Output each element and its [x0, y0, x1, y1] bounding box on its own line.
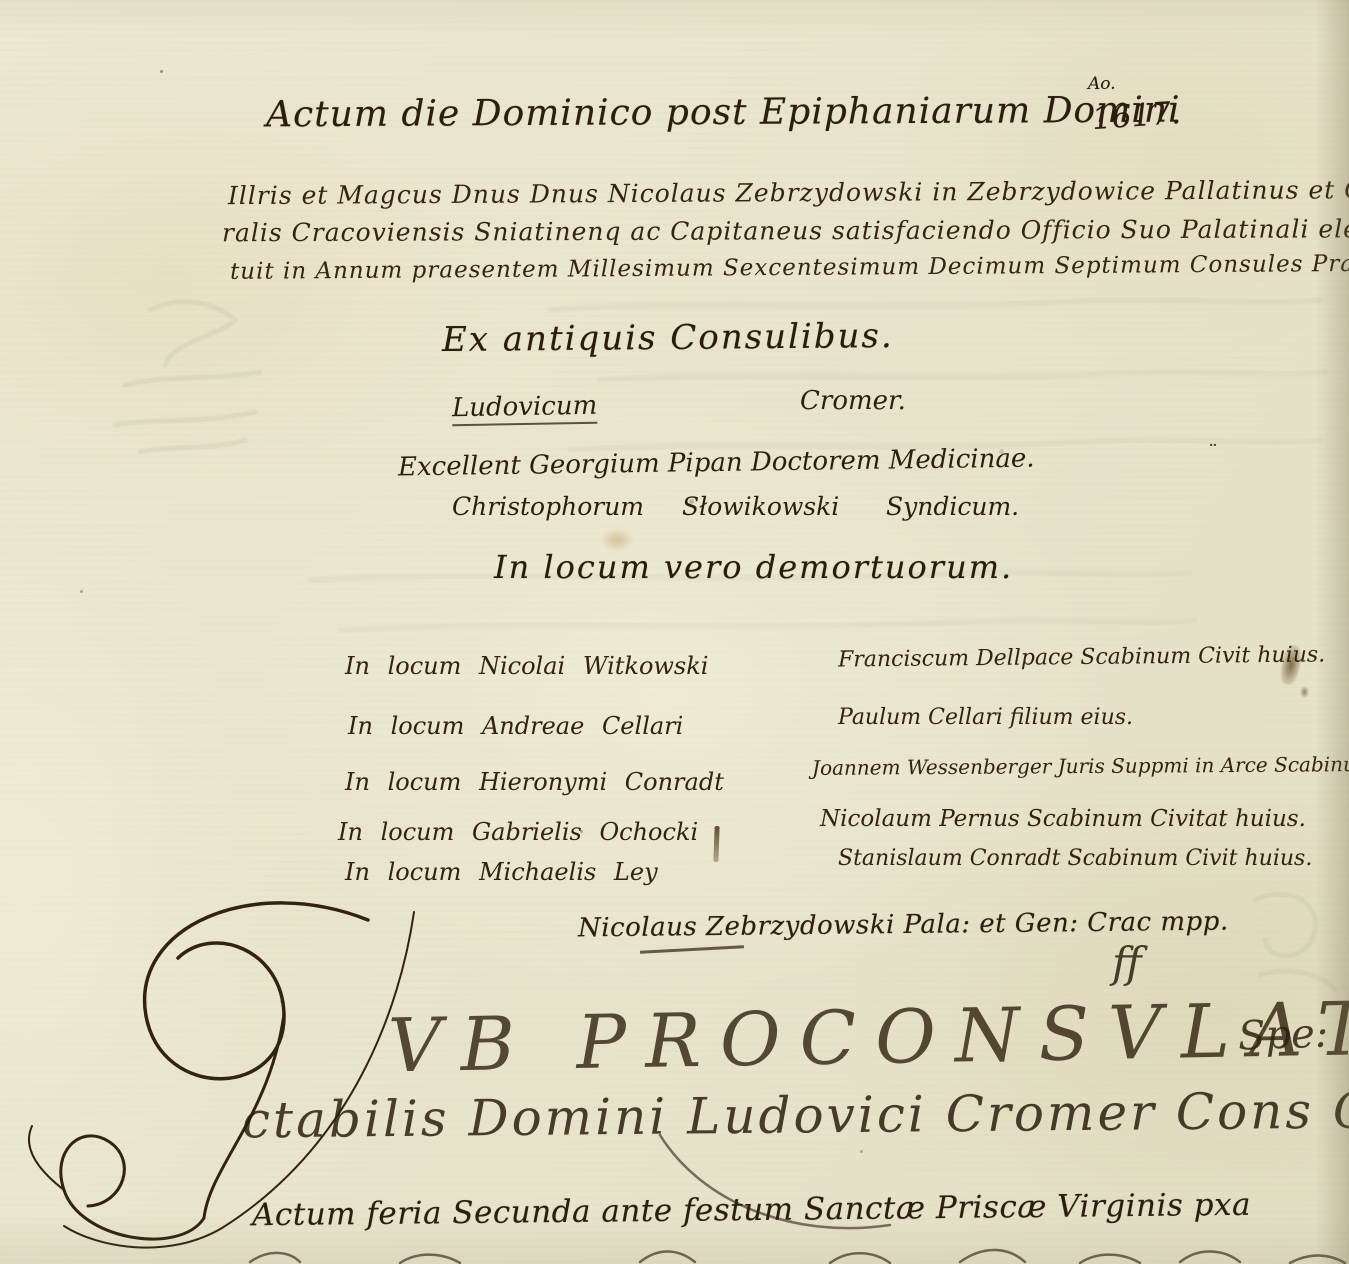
consul-name-ludovicum: Ludovicum: [452, 391, 598, 427]
title-line: Actum die Dominico post Epiphaniarum Dom…: [266, 90, 1181, 136]
in-locum-row-left: In locum Hieronymi Conradt: [345, 768, 724, 796]
proconsulatu-suffix: Spe:: [1237, 1010, 1329, 1059]
ink-blot-small: [1300, 686, 1309, 698]
in-locum-row-right: Nicolaum Pernus Scabinum Civitat huius.: [820, 806, 1306, 832]
stray-ink-stroke: [713, 826, 719, 862]
signature-underline: [640, 945, 744, 953]
cutoff-line-fragment: [0, 1238, 1349, 1264]
intro-line-2: ralis Cracoviensis Sniatinenq ac Capitan…: [222, 214, 1349, 248]
syndic-word-syndicum: Syndicum.: [886, 492, 1019, 521]
in-locum-row-right: Joannem Wessenberger Juris Suppmi in Arc…: [812, 752, 1349, 780]
bleedthrough-ghost-right: [1235, 880, 1345, 1000]
intro-line-1: Illris et Magcus Dnus Dnus Nicolaus Zebr…: [228, 175, 1349, 210]
syndic-word-slowikowski: Słowikowski: [682, 492, 839, 521]
actum-feria-line: Actum feria Secunda ante festum Sanctæ P…: [252, 1187, 1251, 1233]
in-locum-row-left: In locum Nicolai Witkowski: [345, 652, 708, 680]
manu-propria-flourish: ff: [1112, 938, 1142, 987]
heading-ex-antiquis: Ex antiquis Consulibus.: [442, 316, 894, 360]
in-locum-row-left: In locum Gabrielis Ochocki: [338, 818, 698, 846]
intro-line-3: tuit in Annum praesentem Millesimum Sexc…: [230, 249, 1349, 285]
in-locum-row-left: In locum Michaelis Ley: [345, 858, 658, 886]
title-year: 1617.: [1091, 95, 1182, 137]
in-locum-row-right: Franciscum Dellpace Scabinum Civit huius…: [838, 642, 1325, 672]
manuscript-page: Actum die Dominico post Epiphaniarum Dom…: [0, 0, 1349, 1264]
consul-name-cromer: Cromer.: [800, 386, 906, 416]
in-locum-row-right: Stanislaum Conradt Scabinum Civit huius.: [838, 846, 1312, 871]
anno-abbreviation: Ao.: [1088, 74, 1116, 94]
proconsulatu-second-line: ctabilis Domini Ludovici Cromer Cons Cra…: [242, 1081, 1349, 1150]
bleedthrough-ghost-left: [95, 290, 285, 460]
in-locum-row-left: In locum Andreae Cellari: [348, 712, 683, 740]
syndic-word-christophorum: Christophorum: [452, 492, 644, 521]
heading-in-locum: In locum vero demortuorum.: [494, 548, 1013, 586]
diaeresis-mark: ¨: [1208, 440, 1220, 464]
proconsulatu-big-line: VB PROCONSVLATV: [387, 985, 1349, 1090]
in-locum-row-right: Paulum Cellari filium eius.: [838, 705, 1133, 730]
paper-specks: [160, 70, 163, 73]
